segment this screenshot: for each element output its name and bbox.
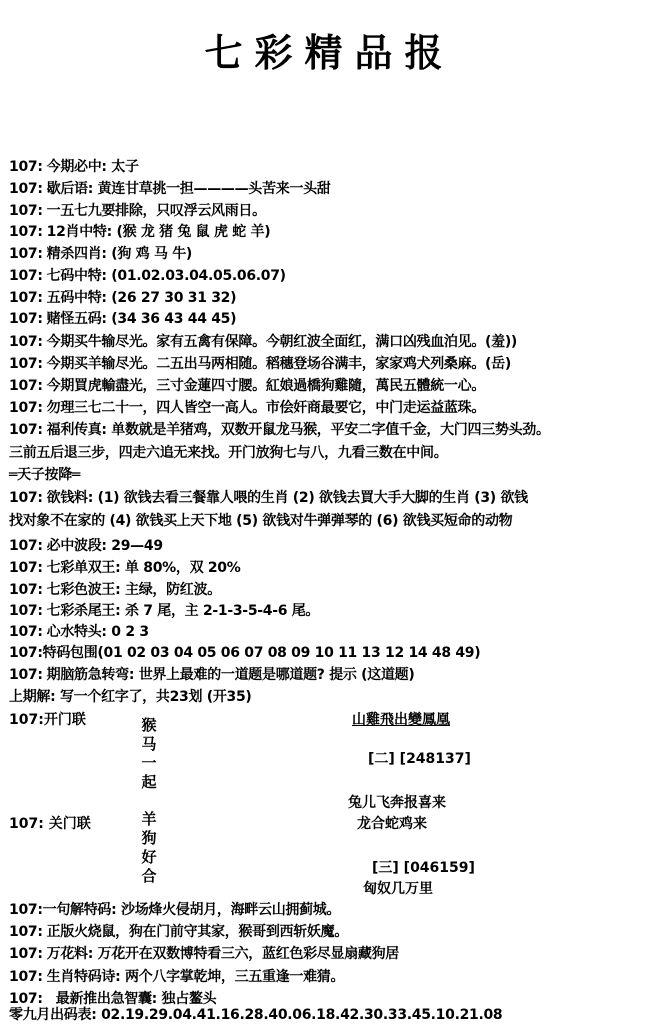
line-must-hit: 107:今期必中: 太子 bbox=[9, 157, 139, 177]
line-odd-five: 107:赌怪五码: (34 36 43 44 45) bbox=[9, 309, 236, 329]
line-wave-range: 107:必中波段: 29—49 bbox=[9, 536, 163, 556]
line-brain-teaser: 107:期脑筋急转弯: 世界上最难的一道题是哪道题? 提示 (这道题) bbox=[9, 665, 414, 685]
line-riddle-cont: 找对象不在家的 (4) 欲钱买上天下地 (5) 欲钱对牛弹弹琴的 (6) 欲钱买… bbox=[9, 511, 512, 531]
open-couplet-right-bottom: 兔儿飞奔报喜来 bbox=[348, 792, 446, 812]
line-head: 107:心水特头: 0 2 3 bbox=[9, 622, 149, 642]
line-poem-ignore: 107:勿理三七二十一，四人皆空一高人。市侩奸商最要它，中门走运益蓝珠。 bbox=[9, 398, 485, 418]
line-poem-tiger: 107:今期買虎輸盡光，三寸金蓮四寸腰。紅娘過橋狗雞隨，萬民五體統一心。 bbox=[9, 376, 485, 396]
line-welfare: 107:福利传真: 单数就是羊猪鸡，双数开鼠龙马猴，平安二字值千金，大门四三势头… bbox=[9, 420, 550, 440]
footer-line-one-sentence: 107:一句解特码: 沙场烽火侵胡月，海畔云山拥蓟城。 bbox=[9, 900, 340, 920]
line-seven-codes: 107:七码中特: (01.02.03.04.05.06.07) bbox=[9, 266, 286, 286]
close-couplet-label: 107: 关门联 bbox=[9, 813, 91, 833]
footer-line-zodiac-poem: 107:生肖特码诗: 两个八字掌乾坤，三五重逢一难猜。 bbox=[9, 967, 344, 987]
close-couplet-vertical: 羊狗好合 bbox=[140, 810, 158, 886]
close-couplet-right-bottom: 匈奴几万里 bbox=[363, 878, 433, 898]
line-kill-tail: 107:七彩杀尾王: 杀 7 尾，主 2-1-3-5-4-6 尾。 bbox=[9, 601, 319, 621]
line-riddle: 107:欲钱料: (1) 欲钱去看三餐靠人喂的生肖 (2) 欲钱去買大手大脚的生… bbox=[9, 488, 528, 508]
line-odd-even: 107:七彩单双王: 单 80%，双 20% bbox=[9, 558, 240, 578]
open-couplet-vertical: 猴马一起 bbox=[140, 716, 158, 792]
open-couplet-right-top: 山雞飛出變鳳凰 bbox=[352, 709, 450, 729]
line-five-codes: 107:五码中特: (26 27 30 31 32) bbox=[9, 288, 236, 308]
line-exclude: 107:一五七九要排除，只叹浮云风雨日。 bbox=[9, 201, 266, 221]
line-poem-goat: 107:今期买羊输尽光。二五出马两相随。稻穗登场谷满丰，家家鸡犬列桑麻。(岳) bbox=[9, 354, 511, 374]
line-poem-ox: 107:今期买牛输尽光。家有五禽有保障。今朝红波全面红，满口凶残血泊见。(羞)) bbox=[9, 332, 517, 352]
line-xiehouyu: 107:歇后语: 黄连甘草挑一担————头苦来一头甜 bbox=[9, 179, 331, 199]
open-couplet-label: 107:开门联 bbox=[9, 709, 86, 729]
footer-line-wanhua: 107:万花料: 万花开在双数博特看三六，蓝红色彩尽显扇藏狗居 bbox=[9, 944, 399, 964]
line-12-zodiac: 107:12肖中特: (猴 龙 猪 兔 鼠 虎 蛇 羊) bbox=[9, 222, 270, 242]
page-title: 七彩精品报 bbox=[0, 22, 659, 77]
close-couplet-code: [三] [046159] bbox=[372, 857, 475, 877]
close-couplet-right-top: 龙合蛇鸡来 bbox=[357, 813, 427, 833]
line-color-wave: 107:七彩色波王: 主绿，防红波。 bbox=[9, 580, 221, 600]
open-couplet-code: [二] [248137] bbox=[368, 748, 471, 768]
footer-line-fire-rat: 107:正版火烧鼠，狗在门前守其家，猴哥到西斩妖魔。 bbox=[9, 922, 348, 942]
line-kill-four: 107:精杀四肖: (狗 鸡 马 牛) bbox=[9, 244, 192, 264]
line-special-range: 107:特码包围(01 02 03 04 05 06 07 08 09 10 1… bbox=[9, 643, 480, 663]
footer-line-sept-codes: 零九月出码表: 02.19.29.04.41.16.28.40.06.18.42… bbox=[9, 1005, 502, 1024]
section-heading: ═天子按降═ bbox=[9, 465, 80, 485]
line-welfare-cont: 三前五后退三步，四走六追无来找。开门放狗七与八，九看三数在中间。 bbox=[9, 443, 447, 463]
line-last-answer: 上期解: 写一个红字了，共23划 (开35) bbox=[9, 687, 252, 707]
